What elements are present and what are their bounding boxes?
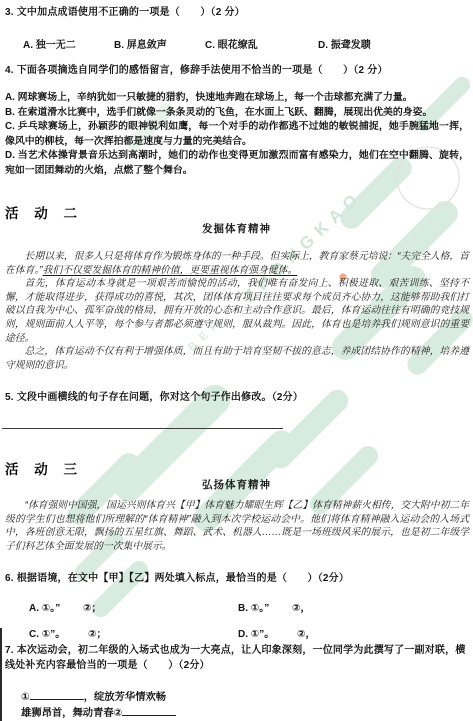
- passage-paragraph-1: 长期以来，很多人只是将体育作为锻炼身体的一种手段。但实际上，教育家蔡元培说：“夫…: [5, 250, 469, 277]
- q3-option-d: D. 振聋发聩: [318, 36, 371, 51]
- passage-paragraph-3: 总之，体育运动不仅有利于增强体质，而且有助于培育坚韧不拔的意志，养成团结协作的精…: [5, 345, 469, 372]
- activity-3-heading: 活 动 三: [5, 458, 83, 478]
- activity-3-passage: “体育强则中国强，国运兴则体育兴【甲】体育魅力耀眼生辉【乙】体育精神薪火相传，交…: [5, 499, 469, 553]
- q6-option-c-label: C.: [29, 629, 39, 640]
- couplet-line2-prefix: 雄狮昂首，舞动青春②: [21, 708, 122, 719]
- couplet-blank-2: [122, 705, 176, 716]
- couplet-line1-prefix: ①: [21, 692, 30, 703]
- p1-underlined-sentence: 我们不仅要发掘体育的精神价值，更要重视体育强身健体。: [43, 265, 298, 276]
- q6-option-a: A. ①。” ②；: [29, 599, 102, 614]
- question-7-stem: 7. 本次运动会，初二年级的入场式也成为一大亮点，让人印象深刻，一位同学为此撰写…: [5, 644, 469, 673]
- question-4-stem: 4. 下面各项摘选自同学们的感悟留言，修辞手法使用不恰当的一项是（ ）（2 分）: [5, 64, 468, 79]
- couplet-line-1: ①，绽放芳华情欢畅: [21, 688, 166, 703]
- q4-option-b: B. 在索道滑水比赛中，选手们就像一条条灵动的飞鱼，在水面上飞跃、翻腾，展现出优…: [5, 106, 469, 121]
- activity-3-title: 弘扬体育精神: [0, 477, 473, 492]
- couplet-line1-suffix: ，绽放芳华情欢畅: [84, 692, 166, 703]
- passage-paragraph-2: 首先，体育运动本身就是一项艰苦而愉悦的活动，我们唯有奋发向上、积极进取、艰苦训练…: [5, 277, 469, 345]
- activity-3-paragraph: “体育强则中国强，国运兴则体育兴【甲】体育魅力耀眼生辉【乙】体育精神薪火相传，交…: [5, 499, 469, 553]
- question-5-stem: 5. 文段中画横线的句子存在问题，你对这个句子作出修改。（2分）: [5, 391, 468, 406]
- q6-option-a-second: ②；: [83, 603, 101, 614]
- q6-option-c-first: ①”。: [42, 629, 65, 640]
- q6-option-a-first: ①。”: [42, 603, 60, 614]
- activity-2-passage: 长期以来，很多人只是将体育作为锻炼身体的一种手段。但实际上，教育家蔡元培说：“夫…: [5, 250, 469, 372]
- q4-option-d: D. 当艺术体操背景音乐达到高潮时，她们的动作也变得更加激烈而富有感染力，她们在…: [5, 149, 469, 178]
- activity-2-title: 发掘体育精神: [0, 221, 473, 236]
- q5-answer-line: [2, 428, 283, 429]
- q6-option-c-second: ②；: [88, 629, 106, 640]
- couplet-line-2: 雄狮昂首，舞动青春②: [21, 704, 176, 719]
- q6-option-b-label: B.: [238, 603, 248, 614]
- q6-option-c: C. ①”。 ②；: [29, 625, 107, 640]
- question-3-stem: 3. 文中加点成语使用不正确的一项是（ ）（2 分）: [5, 6, 468, 21]
- q6-option-d-first: ①”。: [251, 629, 274, 640]
- q4-option-a: A. 网球赛场上，辛纳犹如一只敏捷的猎豹，快速地奔跑在球场上，每一个击球都充满了…: [5, 91, 469, 106]
- q6-option-b-first: ①。”: [251, 603, 269, 614]
- q6-option-b: B. ①。” ②，: [238, 599, 311, 614]
- activity-2-heading: 活 动 二: [5, 202, 83, 222]
- q3-option-a: A. 独一无二: [23, 36, 76, 51]
- q3-option-b: B. 屏息敛声: [114, 36, 167, 51]
- q6-option-b-second: ②，: [292, 603, 310, 614]
- couplet-blank-1: [30, 689, 84, 700]
- q3-option-c: C. 眼花缭乱: [205, 36, 258, 51]
- q6-option-d-second: ②，: [297, 629, 315, 640]
- q6-option-a-label: A.: [29, 603, 39, 614]
- content-layer: 3. 文中加点成语使用不正确的一项是（ ）（2 分） A. 独一无二 B. 屏息…: [0, 0, 473, 721]
- q6-option-d: D. ①”。 ②，: [238, 625, 316, 640]
- q6-option-d-label: D.: [238, 629, 248, 640]
- exam-paper-page: ZHONGKAO BEI 3. 文中加点成语使用不正确的一项是（ ）（2 分） …: [0, 0, 473, 721]
- scan-edge-line: [0, 628, 2, 721]
- question-6-stem: 6. 根据语境，在文中【甲】【乙】两处填入标点，最恰当的是（ ）（2分）: [5, 572, 468, 587]
- q4-option-c: C. 乒乓球赛场上，孙颖莎的眼神锐利如鹰，每一个对手的动作都逃不过她的敏锐捕捉，…: [5, 120, 469, 149]
